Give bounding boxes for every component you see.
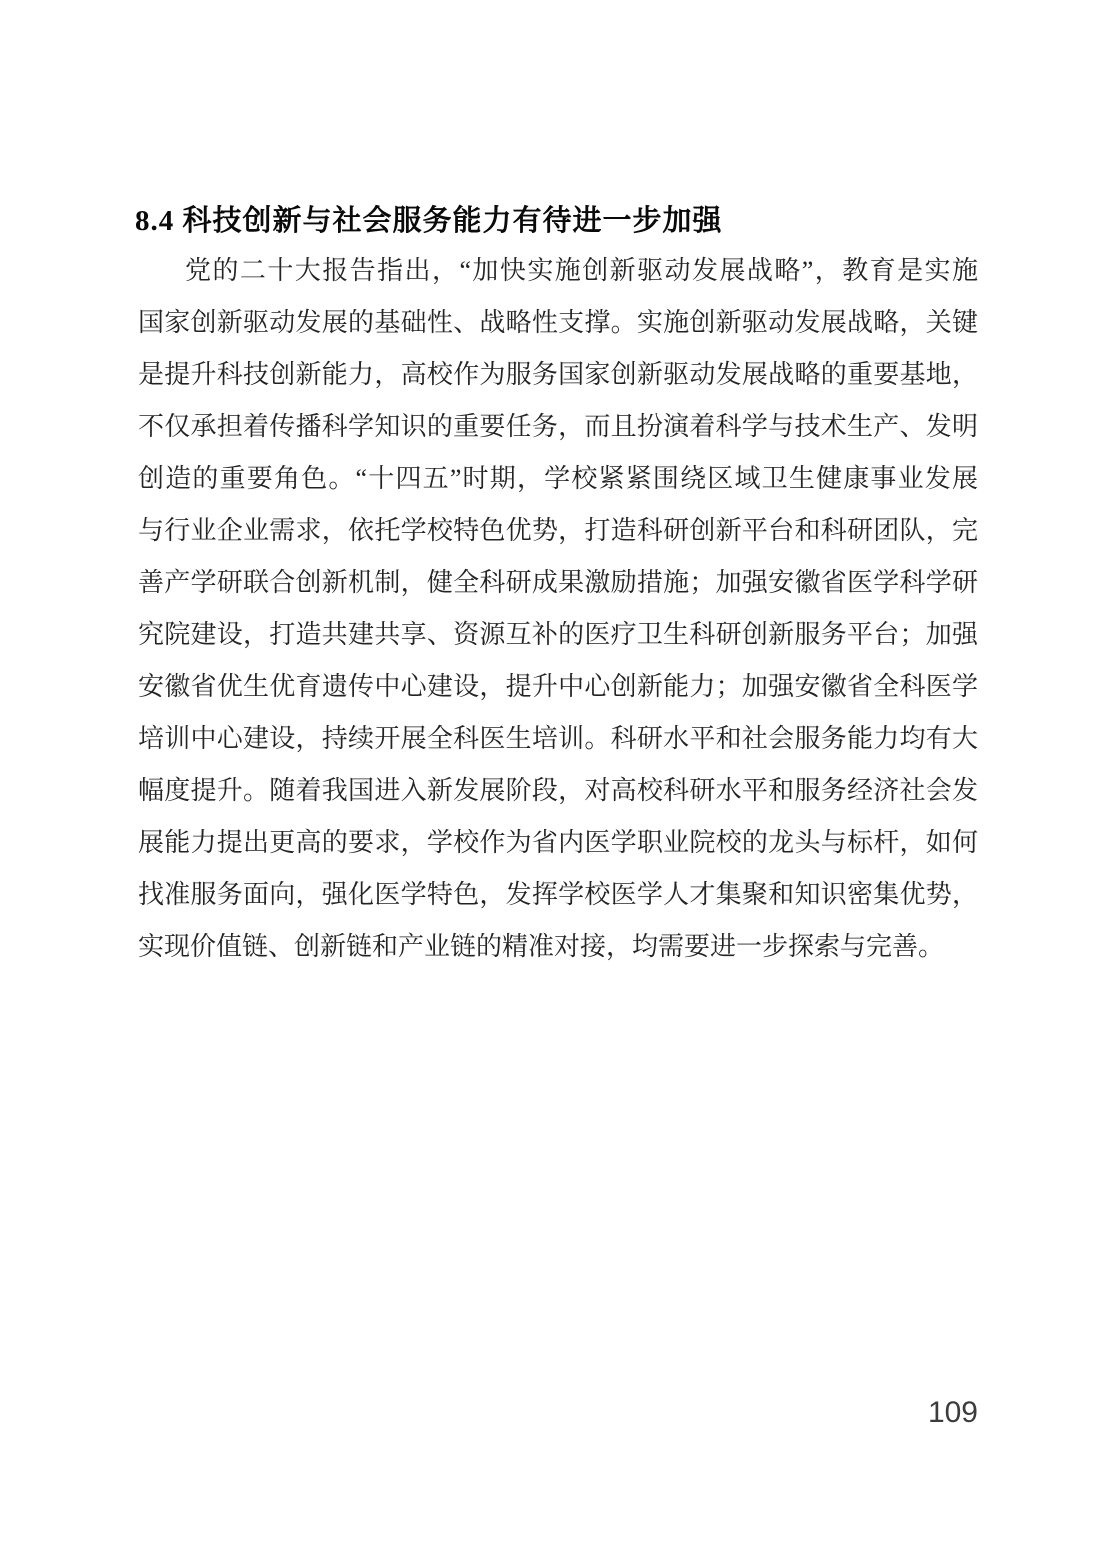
section-heading: 8.4 科技创新与社会服务能力有待进一步加强 [135, 200, 723, 242]
document-page: 8.4 科技创新与社会服务能力有待进一步加强 党的二十大报告指出，“加快实施创新… [0, 0, 1102, 1559]
paragraph-line: 国家创新驱动发展的基础性、战略性支撑。实施创新驱动发展战略，关键 [138, 297, 978, 349]
paragraph: 党的二十大报告指出，“加快实施创新驱动发展战略”，教育是实施 国家创新驱动发展的… [138, 245, 978, 973]
paragraph-line: 与行业企业需求，依托学校特色优势，打造科研创新平台和科研团队，完 [138, 505, 978, 557]
paragraph-line: 安徽省优生优育遗传中心建设，提升中心创新能力；加强安徽省全科医学 [138, 661, 978, 713]
paragraph-line: 善产学研联合创新机制，健全科研成果激励措施；加强安徽省医学科学研 [138, 557, 978, 609]
paragraph-line: 培训中心建设，持续开展全科医生培训。科研水平和社会服务能力均有大 [138, 713, 978, 765]
paragraph-line: 创造的重要角色。“十四五”时期，学校紧紧围绕区域卫生健康事业发展 [138, 453, 978, 505]
paragraph-line: 找准服务面向，强化医学特色，发挥学校医学人才集聚和知识密集优势， [138, 869, 978, 921]
paragraph-line: 党的二十大报告指出，“加快实施创新驱动发展战略”，教育是实施 [138, 245, 978, 297]
paragraph-line: 是提升科技创新能力，高校作为服务国家创新驱动发展战略的重要基地， [138, 349, 978, 401]
paragraph-line: 幅度提升。随着我国进入新发展阶段，对高校科研水平和服务经济社会发 [138, 765, 978, 817]
page-number: 109 [138, 1396, 978, 1430]
paragraph-line: 究院建设，打造共建共享、资源互补的医疗卫生科研创新服务平台；加强 [138, 609, 978, 661]
paragraph-line: 展能力提出更高的要求，学校作为省内医学职业院校的龙头与标杆，如何 [138, 817, 978, 869]
paragraph-line: 不仅承担着传播科学知识的重要任务，而且扮演着科学与技术生产、发明 [138, 401, 978, 453]
paragraph-line: 实现价值链、创新链和产业链的精准对接，均需要进一步探索与完善。 [138, 921, 978, 973]
